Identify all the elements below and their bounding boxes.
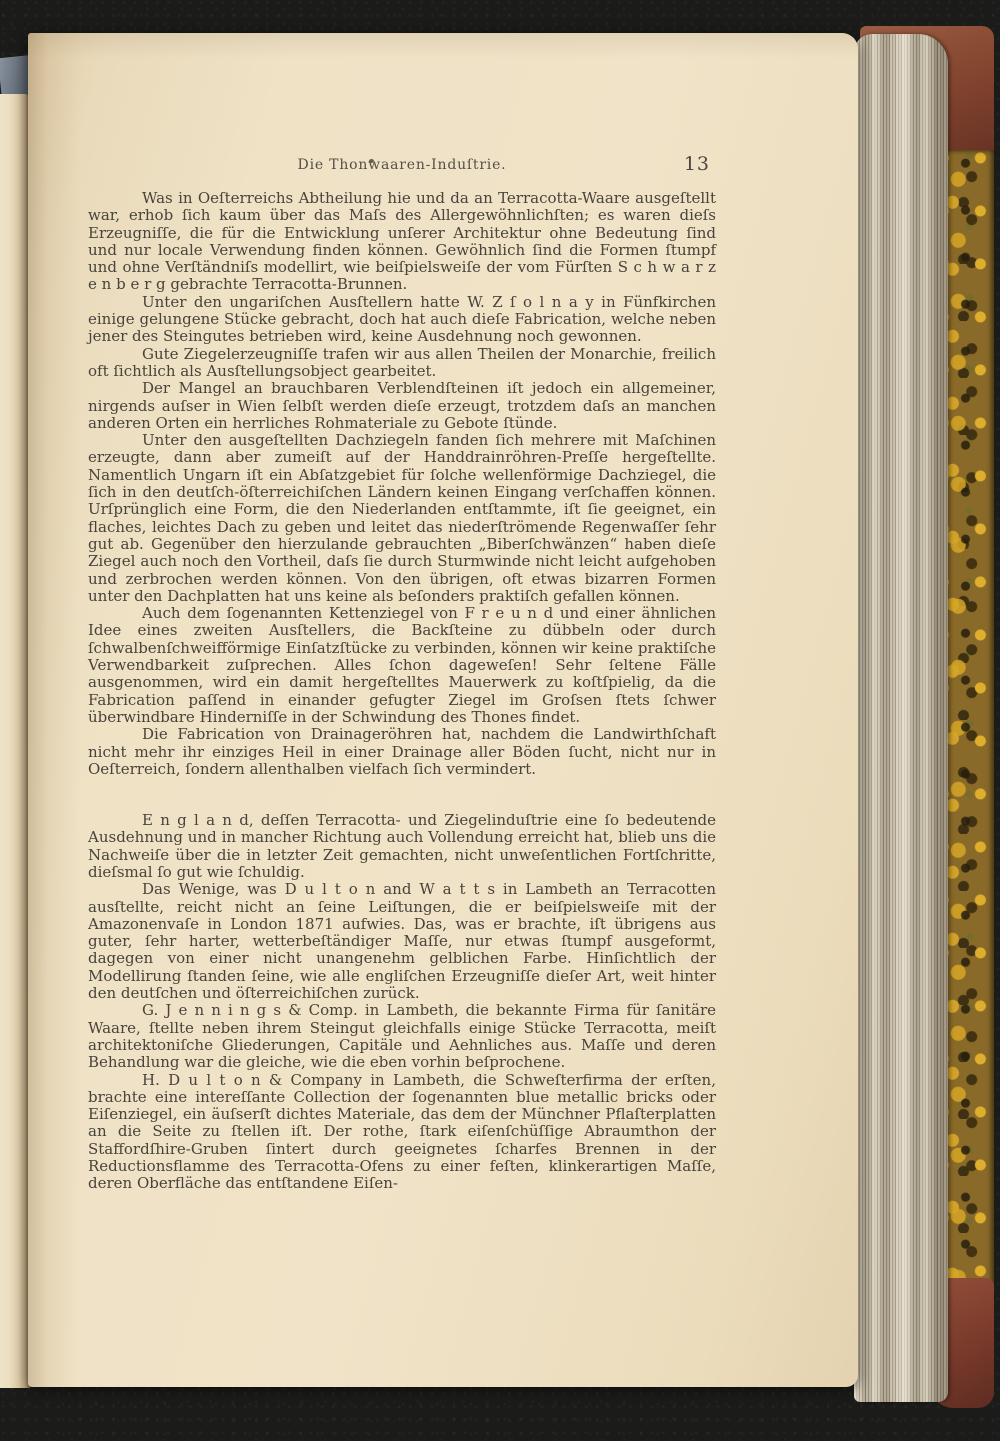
paragraph: E n g l a n d, deſſen Terracotta- und Zi… bbox=[88, 812, 716, 881]
paragraph: H. D u l t o n & Company in Lambeth, die… bbox=[88, 1072, 716, 1193]
running-header-title: Die Thonwaaren-Induſtrie. bbox=[88, 155, 716, 175]
page-text-block: Die Thonwaaren-Induſtrie. 13 Was in Oeſt… bbox=[88, 155, 716, 1193]
book-photograph: { "book": { "running_title": "Die Thonwa… bbox=[0, 0, 1000, 1441]
paragraph: Auch dem ſogenannten Kettenziegel von F … bbox=[88, 605, 716, 726]
paragraph: Was in Oeſterreichs Abtheilung hie und d… bbox=[88, 190, 716, 294]
book-page: Die Thonwaaren-Induſtrie. 13 Was in Oeſt… bbox=[28, 33, 858, 1387]
page-header: Die Thonwaaren-Induſtrie. 13 bbox=[88, 155, 716, 177]
paragraph: Der Mangel an brauchbaren Verblendſteine… bbox=[88, 380, 716, 432]
page-number: 13 bbox=[684, 153, 710, 175]
body-text: Was in Oeſterreichs Abtheilung hie und d… bbox=[88, 190, 716, 1193]
paragraph: Die Fabrication von Drainageröhren hat, … bbox=[88, 726, 716, 778]
paragraph: G. J e n n i n g s & Comp. in Lambeth, d… bbox=[88, 1002, 716, 1071]
page-fore-edge-stack bbox=[854, 34, 948, 1402]
previous-page-sliver bbox=[0, 94, 30, 1388]
paragraph: Unter den ausgeſtellten Dachziegeln fand… bbox=[88, 432, 716, 605]
paragraph: Das Wenige, was D u l t o n and W a t t … bbox=[88, 881, 716, 1002]
paragraph: Gute Ziegelerzeugniſſe trafen wir aus al… bbox=[88, 346, 716, 381]
paragraph: Unter den ungariſchen Ausſtellern hatte … bbox=[88, 294, 716, 346]
